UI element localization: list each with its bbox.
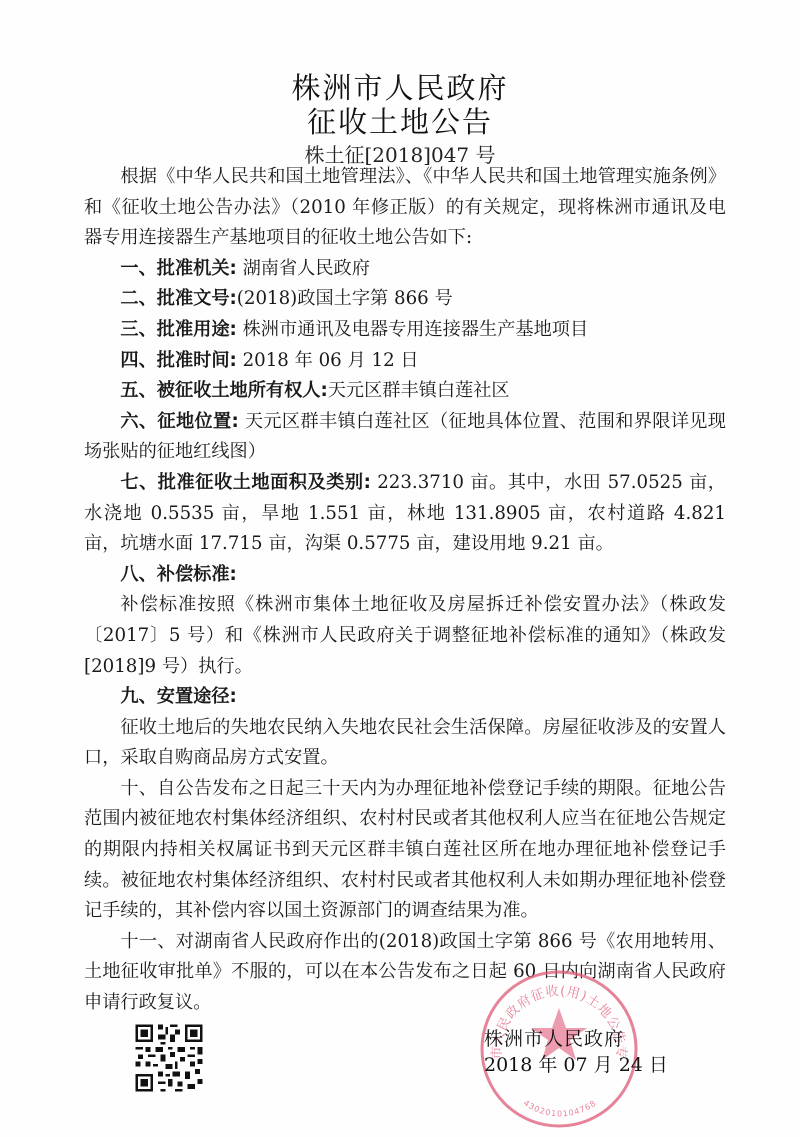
section-resettlement-text: 征收土地后的失地农民纳入失地农民社会生活保障。房屋征收涉及的安置人口，采取自购商…	[84, 713, 726, 774]
item-label: 二、批准文号:	[120, 288, 236, 309]
item-approval-purpose: 三、批准用途: 株洲市通讯及电器专用连接器生产基地项目	[84, 315, 726, 346]
item-approval-date: 四、批准时间: 2018 年 06 月 12 日	[84, 346, 726, 377]
section-compensation-text: 补偿标准按照《株洲市集体土地征收及房屋拆迁补偿安置办法》（株政发〔2017〕5 …	[84, 590, 726, 682]
item-label: 一、批准机关:	[120, 258, 236, 279]
item-label: 五、被征收土地所有权人:	[120, 380, 327, 401]
item-value: 2018 年 06 月 12 日	[237, 350, 419, 371]
issuer-signature: 株洲市人民政府	[484, 1024, 624, 1051]
svg-text:4302010104768: 4302010104768	[522, 1098, 598, 1118]
item-label: 三、批准用途:	[120, 319, 236, 340]
item-label: 六、征地位置:	[120, 411, 238, 432]
item-land-owner: 五、被征收土地所有权人:天元区群丰镇白莲社区	[84, 376, 726, 407]
item-land-location: 六、征地位置: 天元区群丰镇白莲社区（征地具体位置、范围和界限详见现场张贴的征地…	[84, 407, 726, 468]
item-value: 天元区群丰镇白莲社区	[328, 380, 510, 401]
document-page: 株洲市人民政府 征收土地公告 株土征[2018]047 号 根据《中华人民共和国…	[0, 0, 800, 1137]
item-label: 七、批准征收土地面积及类别:	[120, 472, 371, 493]
item-approval-authority: 一、批准机关: 湖南省人民政府	[84, 254, 726, 285]
document-body: 根据《中华人民共和国土地管理法》、《中华人民共和国土地管理实施条例》和《征收土地…	[84, 162, 726, 1019]
section-resettlement-heading: 九、安置途径:	[84, 682, 726, 713]
item-label: 四、批准时间:	[120, 350, 236, 371]
item-value: 株洲市通讯及电器专用连接器生产基地项目	[237, 319, 588, 340]
section-compensation-heading: 八、补偿标准:	[84, 560, 726, 591]
qr-code-icon	[133, 1022, 205, 1094]
item-land-area: 七、批准征收土地面积及类别: 223.3710 亩。其中，水田 57.0525 …	[84, 468, 726, 560]
issue-date: 2018 年 07 月 24 日	[484, 1050, 668, 1077]
section-registration-text: 十、自公告发布之日起三十天内为办理征地补偿登记手续的期限。征地公告范围内被征地农…	[84, 774, 726, 927]
document-title-subject: 征收土地公告	[0, 100, 800, 141]
item-value: (2018)政国土字第 866 号	[237, 288, 453, 309]
intro-paragraph: 根据《中华人民共和国土地管理法》、《中华人民共和国土地管理实施条例》和《征收土地…	[84, 162, 726, 254]
item-value: 湖南省人民政府	[237, 258, 370, 279]
item-approval-number: 二、批准文号:(2018)政国土字第 866 号	[84, 284, 726, 315]
